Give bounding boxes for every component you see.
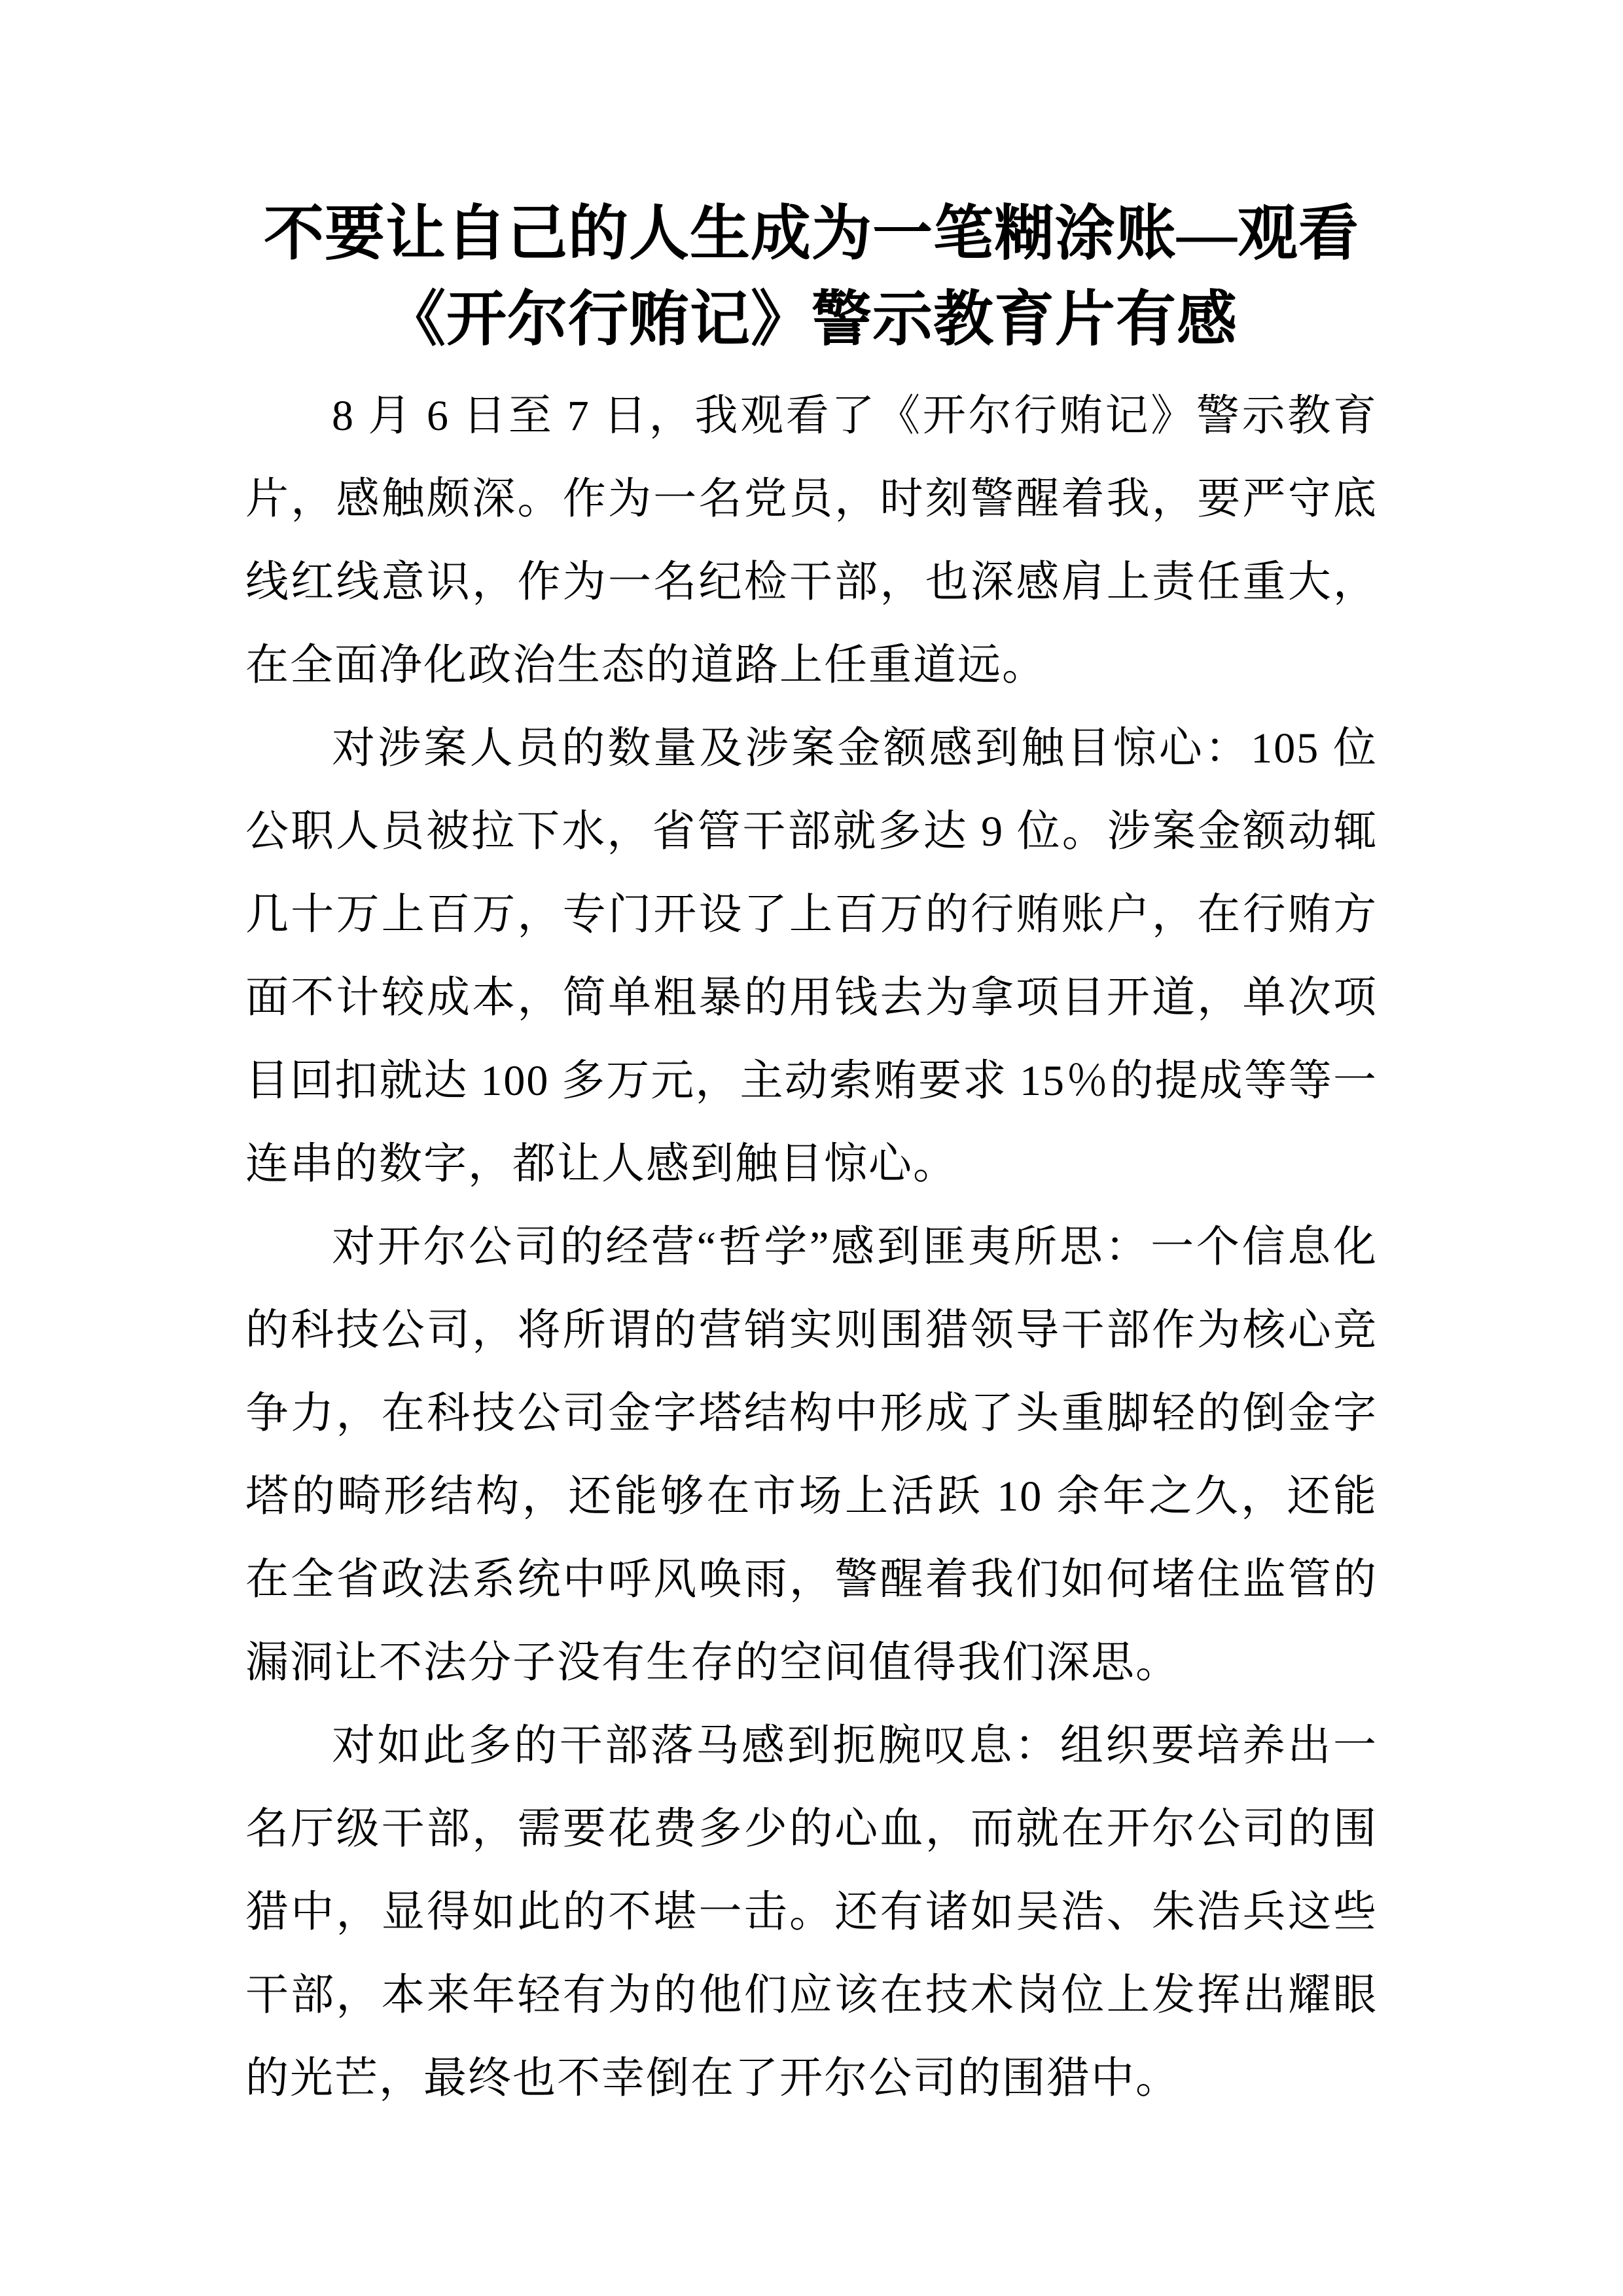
document-title-line-1: 不要让自己的人生成为一笔糊涂账—观看	[245, 191, 1378, 277]
paragraph-2: 对涉案人员的数量及涉案金额感到触目惊心：105 位公职人员被拉下水，省管干部就多…	[245, 707, 1378, 1206]
paragraph-3: 对开尔公司的经营“哲学”感到匪夷所思：一个信息化的科技公司，将所谓的营销实则围猎…	[245, 1206, 1378, 1704]
paragraph-4: 对如此多的干部落马感到扼腕叹息：组织要培养出一名厅级干部，需要花费多少的心血，而…	[245, 1704, 1378, 2120]
paragraph-1: 8 月 6 日至 7 日，我观看了《开尔行贿记》警示教育片，感触颇深。作为一名党…	[245, 374, 1378, 707]
document-page: 不要让自己的人生成为一笔糊涂账—观看 《开尔行贿记》警示教育片有感 8 月 6 …	[0, 0, 1623, 2296]
document-title-line-2: 《开尔行贿记》警示教育片有感	[245, 277, 1378, 363]
document-title: 不要让自己的人生成为一笔糊涂账—观看 《开尔行贿记》警示教育片有感	[245, 191, 1378, 363]
